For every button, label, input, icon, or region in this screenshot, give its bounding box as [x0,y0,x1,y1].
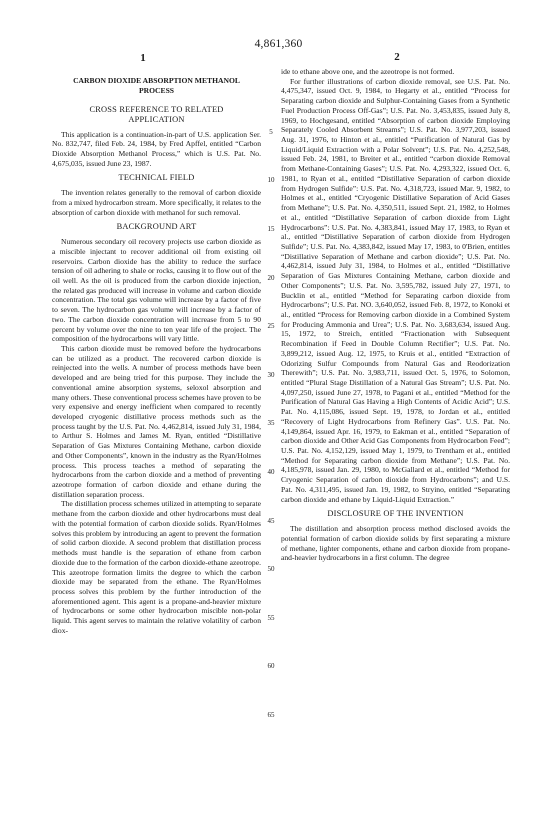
line-number: 25 [264,322,278,332]
background-paragraph-1: Numerous secondary oil recovery projects… [52,237,261,344]
line-number: 65 [264,711,278,721]
right-column-number: 2 [382,51,412,63]
background-paragraph-2: This carbon dioxide must be removed befo… [52,344,261,500]
line-number: 55 [264,614,278,624]
right-column: ide to ethane above one, and the azeotro… [281,67,510,563]
line-number: 45 [264,517,278,527]
disclosure-heading: DISCLOSURE OF THE INVENTION [281,509,510,519]
left-column-number: 1 [128,52,158,64]
document-title-line-2: PROCESS [52,86,261,96]
left-column: CARBON DIOXIDE ABSORPTION METHANOL PROCE… [52,71,261,636]
line-number: 35 [264,419,278,429]
document-title-line-1: CARBON DIOXIDE ABSORPTION METHANOL [52,76,261,86]
disclosure-paragraph: The distillation and absorption process … [281,524,510,563]
cross-reference-heading-line-1: CROSS REFERENCE TO RELATED [52,105,261,115]
patent-number: 4,861,360 [0,38,557,50]
line-number: 40 [264,468,278,478]
line-number: 5 [264,128,278,138]
line-number: 30 [264,371,278,381]
cross-reference-paragraph: This application is a continuation-in-pa… [52,130,261,169]
background-paragraph-3: The distillation process schemes utilize… [52,499,261,635]
line-number: 50 [264,565,278,575]
technical-field-heading: TECHNICAL FIELD [52,173,261,183]
background-art-heading: BACKGROUND ART [52,222,261,232]
line-number: 60 [264,662,278,672]
line-number: 20 [264,274,278,284]
prior-art-references-paragraph: For further illustrations of carbon diox… [281,77,510,505]
line-number: 10 [264,176,278,186]
line-number: 15 [264,225,278,235]
cross-reference-heading-line-2: APPLICATION [52,115,261,125]
technical-field-paragraph: The invention relates generally to the r… [52,188,261,217]
continuation-paragraph: ide to ethane above one, and the azeotro… [281,67,510,77]
